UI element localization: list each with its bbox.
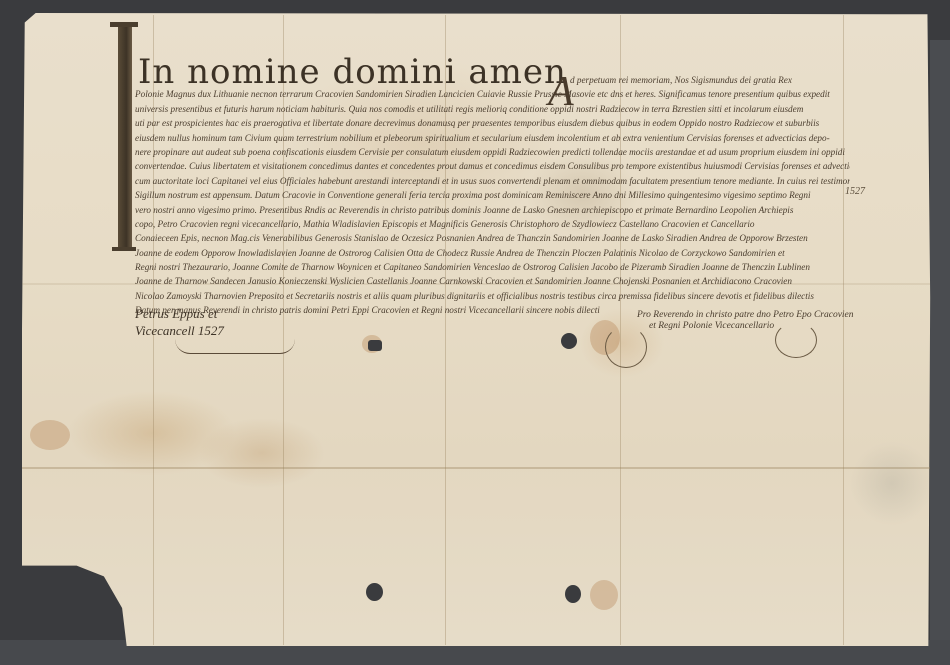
signature-line: et Regni Polonie Vicecancellario <box>625 321 854 332</box>
signature-flourish <box>175 339 295 354</box>
initial-letter-I <box>118 24 132 249</box>
seal-hole <box>366 583 383 601</box>
stain <box>590 580 618 610</box>
text-line: vero nostri anno vigesimo primo. Present… <box>135 203 850 217</box>
text-line: Regni nostri Thezaurario, Joanne Comite … <box>135 260 850 274</box>
text-line: copo, Petro Cracovien regni vicecancella… <box>135 217 850 231</box>
text-line: Joanne de Tharnow Sandecen Janusio Konie… <box>135 274 850 288</box>
fold-line <box>22 467 930 469</box>
text-line: cum auctoritate loci Capitanei vel eius … <box>135 174 850 188</box>
text-line: Polonie Magnus dux Lithuanie necnon terr… <box>135 87 850 101</box>
text-line: nere propinare aut audeat sub poena conf… <box>135 145 850 159</box>
seal-hole <box>565 585 581 603</box>
text-line: Joanne de eodem Opporow Inowladislavien … <box>135 246 850 260</box>
signature-left: Petrus Eppus et Vicecancell 1527 <box>135 305 224 339</box>
seal-hole <box>368 340 382 351</box>
text-line: universis presentibus et futuris harum n… <box>135 102 850 116</box>
charter-text: d perpetuam rei memoriam, Nos Sigismundu… <box>135 73 850 318</box>
background-panel-right <box>930 40 950 665</box>
text-line: eiusdem nullus hominum tam Civium quam t… <box>135 131 850 145</box>
signature-flourish <box>605 326 647 368</box>
text-line: Conaieceen Epis, necnon Mag.cis Venerabi… <box>135 231 850 245</box>
signature-right: Pro Reverendo in christo patre dno Petro… <box>625 310 854 332</box>
signature-line: Pro Reverendo in christo patre dno Petro… <box>625 310 854 321</box>
text-line: uti par est prospicientes hac eis praero… <box>135 116 850 130</box>
signature-line: Vicecancell 1527 <box>135 322 224 339</box>
date-annotation: 1527 <box>845 186 865 197</box>
text-line: convertendae. Cuius libertatem et visita… <box>135 159 850 173</box>
text-line: Sigillum nostrum est appensum. Datum Cra… <box>135 188 850 202</box>
signature-flourish <box>775 322 817 358</box>
text-line: Nicolao Zamoyski Tharnovien Preposito et… <box>135 289 850 303</box>
stain <box>30 420 70 450</box>
text-line: d perpetuam rei memoriam, Nos Sigismundu… <box>135 73 850 87</box>
signature-line: Petrus Eppus et <box>135 305 224 322</box>
seal-hole <box>561 333 577 349</box>
